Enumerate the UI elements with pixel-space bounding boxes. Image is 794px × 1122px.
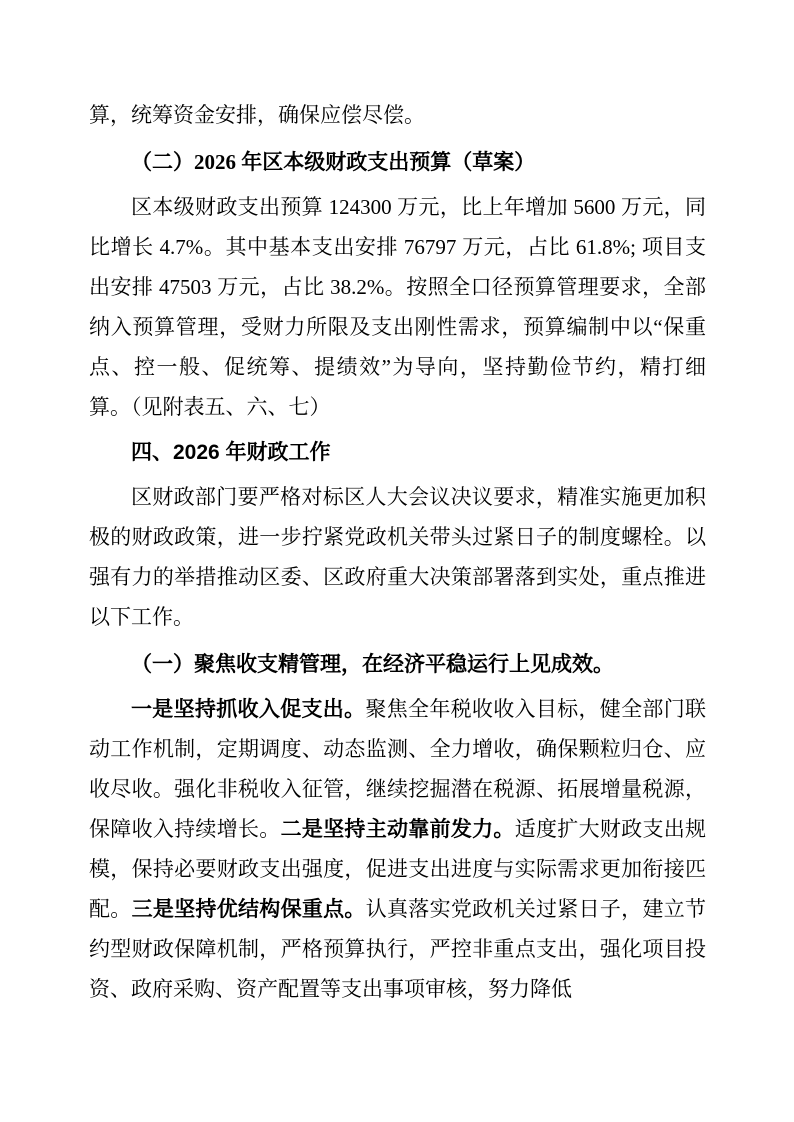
emphasis-text-run: 二是坚持主动靠前发力。 [281,817,515,841]
emphasis-text-run: 四、2026 年财政工作 [131,441,331,464]
emphasis-text-run: （一）聚焦收支精管理，在经济平稳运行上见成效。 [131,652,614,676]
subsection-heading-expenditure-budget: （二）2026 年区本级财政支出预算（草案） [89,142,706,182]
section-heading-2026-fiscal-work: 四、2026 年财政工作 [89,433,706,473]
emphasis-text-run: 三是坚持优结构保重点。 [132,897,366,921]
paragraph-continuation: 算，统筹资金安排，确保应偿尽偿。 [89,95,706,135]
text-run: 区财政部门要严格对标区人大会议决议要求，精准实施更加积极的财政政策，进一步拧紧党… [89,485,706,629]
paragraph-expenditure-budget-detail: 区本级财政支出预算 124300 万元，比上年增加 5600 万元，同比增长 4… [89,187,706,427]
document-page: 算，统筹资金安排，确保应偿尽偿。 （二）2026 年区本级财政支出预算（草案） … [0,0,794,1122]
emphasis-text-run: （二）2026 年区本级财政支出预算（草案） [131,150,535,174]
paragraph-fiscal-work-intro: 区财政部门要严格对标区人大会议决议要求，精准实施更加积极的财政政策，进一步拧紧党… [89,477,706,637]
subsection-heading-revenue-expenditure-management: （一）聚焦收支精管理，在经济平稳运行上见成效。 [89,644,706,684]
paragraph-measures-detail: 一是坚持抓收入促支出。聚焦全年税收收入目标，健全部门联动工作机制，定期调度、动态… [89,689,706,1009]
emphasis-text-run: 一是坚持抓收入促支出。 [131,697,365,721]
text-run: 算，统筹资金安排，确保应偿尽偿。 [89,103,425,127]
text-run: 区本级财政支出预算 124300 万元，比上年增加 5600 万元，同比增长 4… [89,195,706,419]
